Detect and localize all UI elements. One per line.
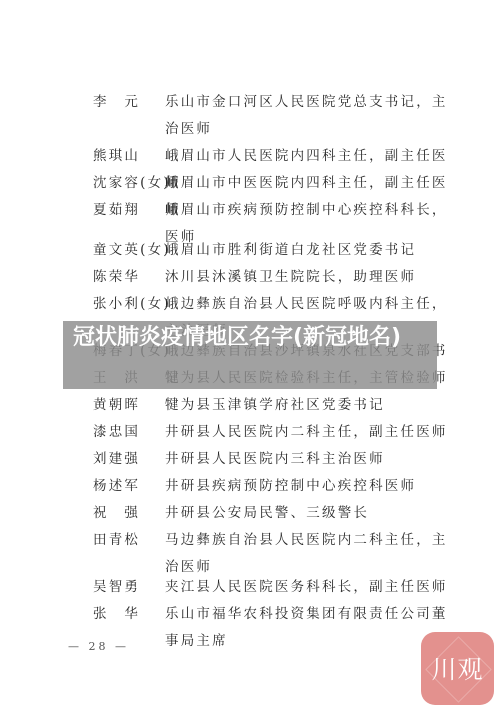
member-name: 杨述军	[93, 473, 168, 500]
document-page: 李 元乐山市金口河区人民医院党总支书记，主治医师熊琪山峨眉山市人民医院内四科主任…	[0, 0, 500, 711]
chuanguan-logo-icon: 川观	[421, 632, 494, 705]
member-position: 井研县公安局民警、三级警长	[165, 500, 455, 527]
member-name: 童文英(女)	[93, 237, 168, 264]
member-name: 漆忠国	[93, 419, 168, 446]
member-position: 乐山市金口河区人民医院党总支书记，主治医师	[165, 89, 455, 143]
member-name: 张 华	[93, 601, 168, 628]
member-name: 陈荣华	[93, 264, 168, 291]
member-position: 马边彝族自治县人民医院内二科主任，主治医师	[165, 527, 455, 581]
member-name: 张小利(女)	[93, 291, 168, 318]
member-position: 井研县疾病预防控制中心疾控科医师	[165, 473, 455, 500]
member-position: 乐山市福华农科投资集团有限责任公司董事局主席	[165, 601, 455, 655]
member-name: 祝 强	[93, 500, 168, 527]
member-name: 吴智勇	[93, 574, 168, 601]
member-position: 夹江县人民医院医务科科长，副主任医师	[165, 574, 455, 601]
member-position: 井研县人民医院内三科主治医师	[165, 446, 455, 473]
member-name: 李 元	[93, 89, 168, 116]
member-position: 犍为县玉津镇学府社区党委书记	[165, 392, 455, 419]
member-name: 黄朝晖	[93, 392, 168, 419]
member-name: 田青松	[93, 527, 168, 554]
banner-title: 冠状肺炎疫情地区名字(新冠地名)	[73, 322, 433, 354]
member-name: 熊琪山	[93, 143, 168, 170]
logo-text: 川观	[421, 650, 494, 686]
member-position: 沐川县沐溪镇卫生院院长，助理医师	[165, 264, 455, 291]
member-name: 沈家容(女)	[93, 170, 168, 197]
page-number: — 28 —	[68, 640, 129, 653]
member-position: 峨眉山市胜利街道白龙社区党委书记	[165, 237, 455, 264]
member-position: 井研县人民医院内二科主任，副主任医师	[165, 419, 455, 446]
member-name: 刘建强	[93, 446, 168, 473]
member-name: 夏茹翔	[93, 197, 168, 224]
